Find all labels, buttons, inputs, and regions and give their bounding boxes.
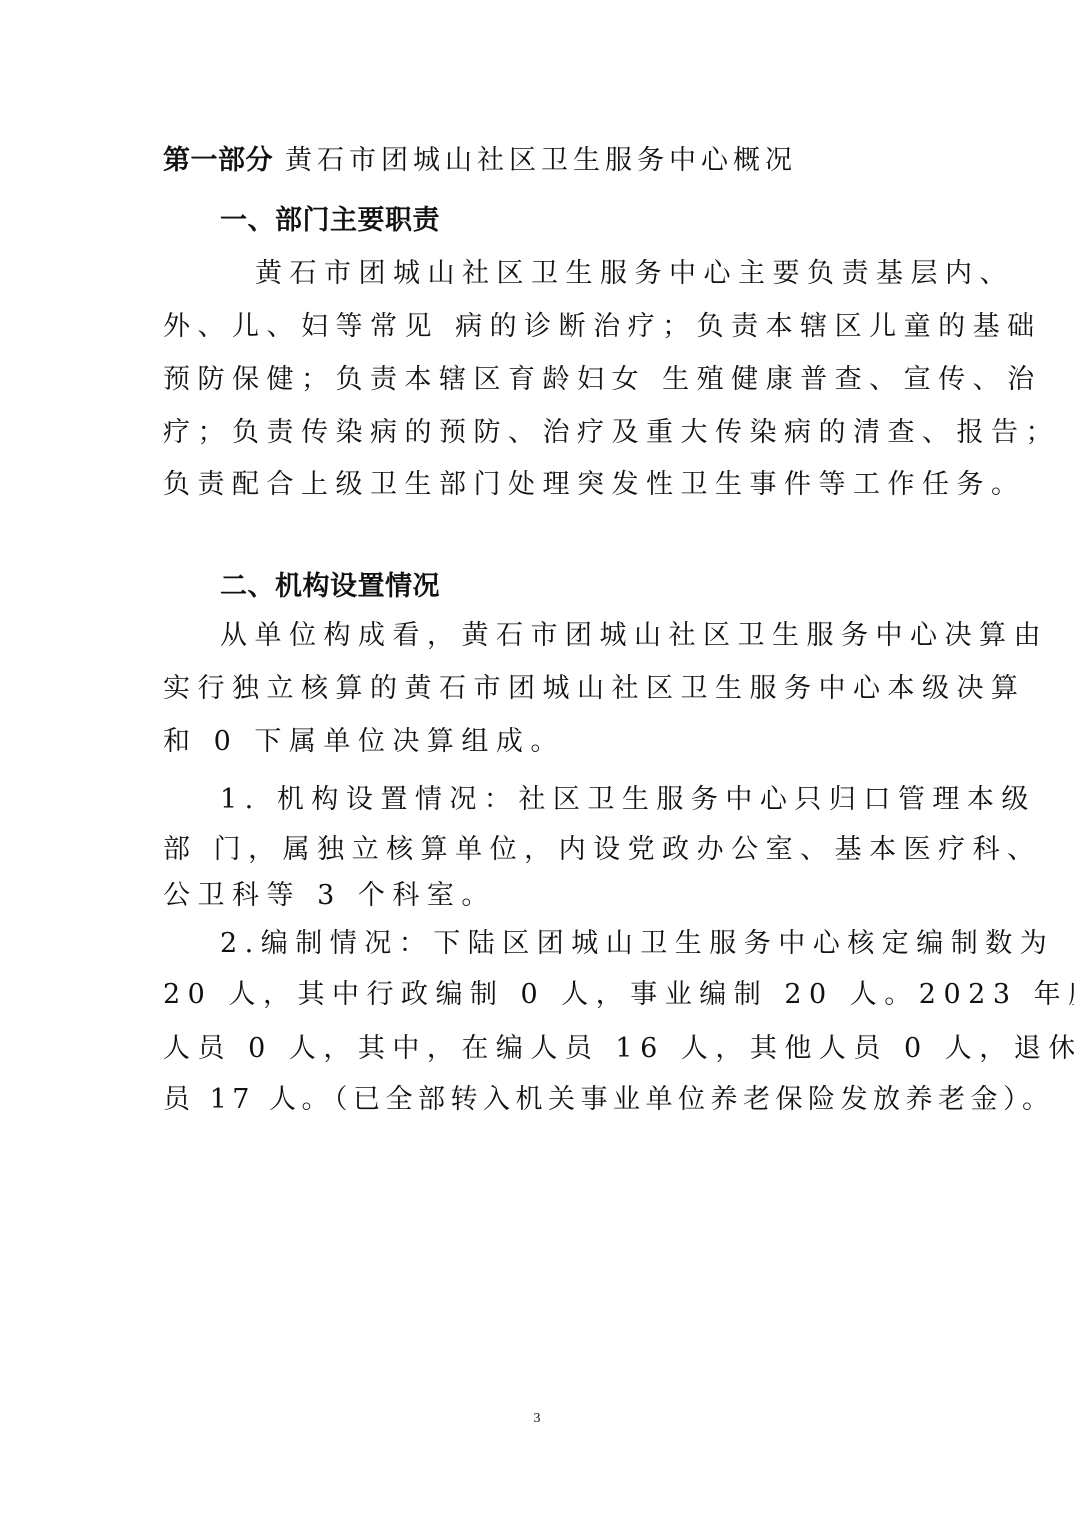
document-page: 第一部分黄石市团城山社区卫生服务中心概况 一、部门主要职责 黄石市团城山社区卫生…	[0, 0, 1074, 1520]
paragraph-line: 外、儿、妇等常见 病的诊断治疗；负责本辖区儿童的基础	[163, 309, 913, 345]
part-title-text: 黄石市团城山社区卫生服务中心概况	[285, 145, 797, 176]
paragraph-line: 从单位构成看，黄石市团城山社区卫生服务中心决算由	[220, 618, 970, 654]
paragraph-line: 预防保健；负责本辖区育龄妇女 生殖健康普查、宣传、治	[163, 362, 913, 398]
list-item-line: 员 17 人。（已全部转入机关事业单位养老保险发放养老金）。	[163, 1082, 913, 1118]
paragraph-line: 负责配合上级卫生部门处理突发性卫生事件等工作任务。	[163, 467, 913, 503]
list-item-line: 20 人，其中行政编制 0 人，事业编制 20 人。2023 年度在职	[163, 977, 913, 1013]
paragraph-line: 实行独立核算的黄石市团城山社区卫生服务中心本级决算	[163, 671, 913, 707]
page-number: 3	[527, 1411, 547, 1427]
list-item-line: 部 门，属独立核算单位，内设党政办公室、基本医疗科、	[163, 832, 913, 868]
list-item-line: 2.编制情况：下陆区团城山卫生服务中心核定编制数为	[220, 926, 970, 962]
paragraph-line: 疗；负责传染病的预防、治疗及重大传染病的清查、报告；	[163, 415, 913, 451]
section-heading-organization: 二、机构设置情况	[220, 569, 970, 605]
paragraph-line: 黄石市团城山社区卫生服务中心主要负责基层内、	[255, 256, 1005, 292]
list-item-line: 公卫科等 3 个科室。	[163, 878, 913, 914]
section-heading-responsibilities: 一、部门主要职责	[220, 203, 970, 239]
list-item-line: 1. 机构设置情况：社区卫生服务中心只归口管理本级	[220, 782, 970, 818]
part-label: 第一部分	[163, 145, 273, 176]
part-title: 第一部分黄石市团城山社区卫生服务中心概况	[163, 143, 913, 179]
paragraph-line: 和 0 下属单位决算组成。	[163, 724, 913, 760]
list-item-line: 人员 0 人，其中，在编人员 16 人，其他人员 0 人，退休人	[163, 1031, 913, 1067]
